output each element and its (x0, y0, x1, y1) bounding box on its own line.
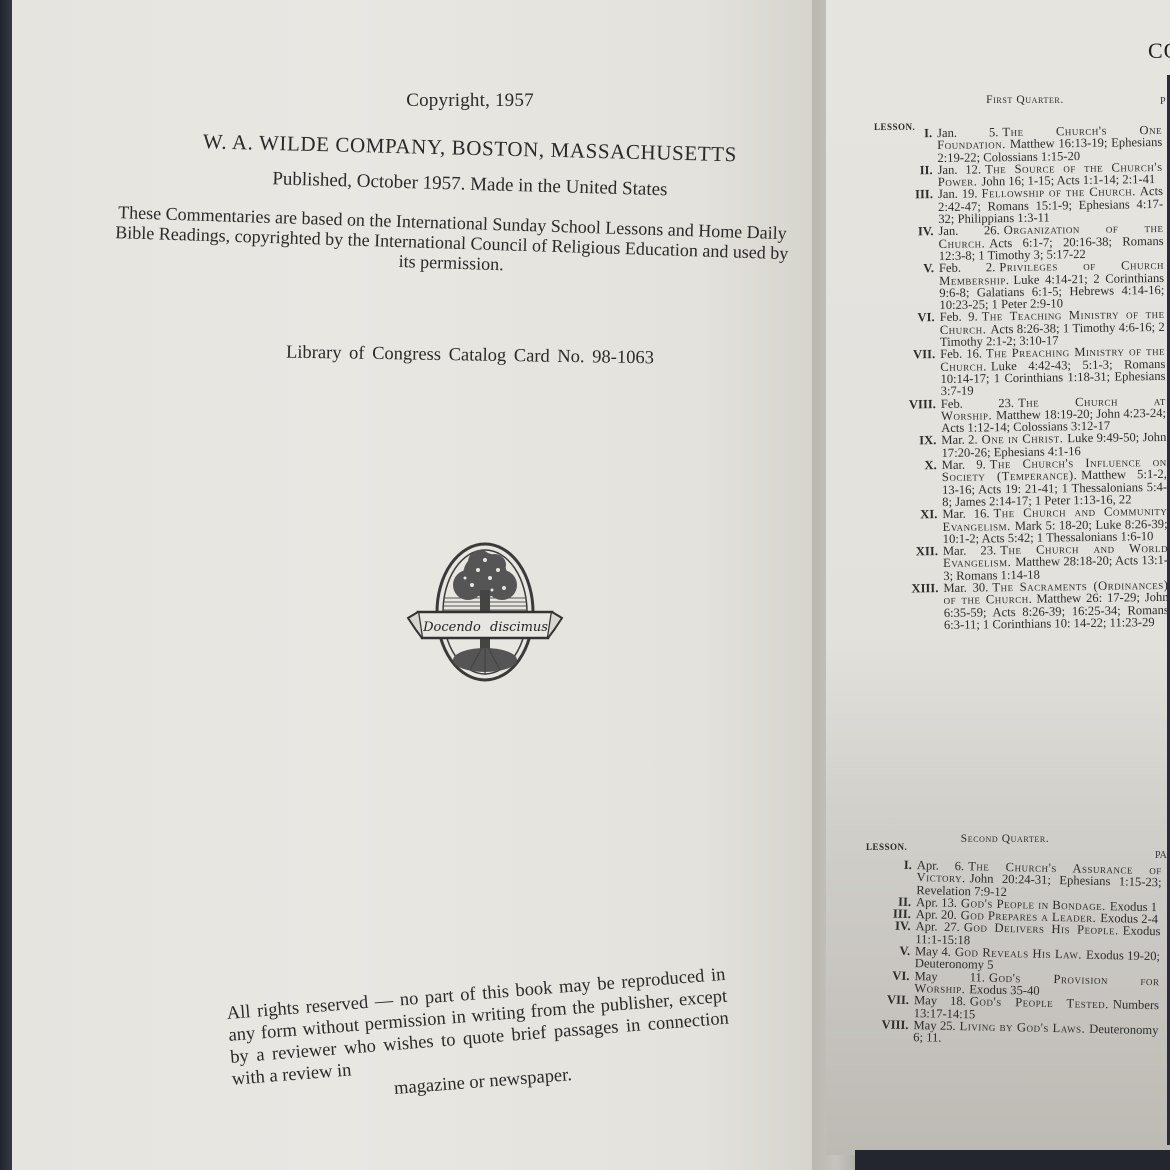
first-quarter-lessons: I.Jan. 5.The Church's One Foundation.Mat… (870, 124, 1169, 632)
second-quarter-lessons: I.Apr. 6.The Church's Assurance of Victo… (858, 858, 1162, 1049)
lesson-entry: V.Feb. 2.Privileges of Church Membership… (872, 259, 1165, 312)
lesson-number: VII. (873, 348, 941, 398)
lesson-title: Living by God's Laws. (959, 1019, 1085, 1036)
book-bottom-shadow (855, 1150, 1170, 1170)
lesson-number: X. (875, 459, 943, 509)
lesson-entry: IV.Jan. 26.Organization of the Church.Ac… (871, 222, 1163, 263)
lesson-number: XII. (876, 545, 944, 583)
lesson-number: VIII. (858, 1018, 914, 1044)
lesson-number: XI. (875, 508, 943, 546)
lesson-column-label: LESSON. (866, 842, 907, 852)
tree-emblem-icon: Docendo discimus (400, 530, 570, 695)
lesson-entry: I.Jan. 5.The Church's One Foundation.Mat… (870, 124, 1162, 165)
lesson-number: VI. (873, 311, 941, 349)
lesson-title: God's People Tested. (970, 995, 1109, 1012)
page-column-label: P (1160, 96, 1166, 107)
lesson-entry: III.Jan. 19.Fellowship of the Church.Act… (871, 185, 1163, 226)
lesson-number: VIII. (874, 398, 942, 436)
lesson-number: V. (872, 262, 940, 312)
lesson-number: I. (870, 127, 938, 165)
svg-text:Docendo: Docendo (422, 620, 481, 635)
lesson-number: III. (871, 189, 939, 227)
lesson-entry: XII.Mar. 23.The Church and World Evangel… (876, 542, 1168, 583)
lesson-number: V. (860, 944, 916, 970)
lesson-number: IX. (874, 434, 941, 460)
contents-heading: CO (1148, 38, 1170, 64)
lesson-number: VII. (859, 993, 915, 1019)
second-quarter-title: Second Quarter. (920, 833, 1090, 845)
copyright-line: Copyright, 1957 (230, 90, 710, 112)
svg-text:discimus: discimus (490, 620, 548, 635)
lesson-entry: VII.Feb. 16.The Preaching Ministry of th… (873, 345, 1166, 398)
lesson-entry: XIII.Mar. 30.The Sacraments (Ordinances)… (876, 579, 1169, 632)
lesson-number: II. (871, 164, 938, 190)
lesson-entry: VIII.Feb. 23.The Church at Worship.Matth… (874, 394, 1166, 435)
lesson-number: IV. (871, 225, 939, 263)
lesson-number: XIII. (876, 582, 944, 632)
lesson-number: VI. (859, 969, 915, 995)
lesson-title: God Delivers His People. (964, 921, 1119, 938)
lesson-entry: X.Mar. 9.The Church's Influence on Socie… (875, 456, 1168, 509)
page-column-label: PA (1155, 850, 1167, 861)
lesson-entry: VI.Feb. 9.The Teaching Ministry of the C… (873, 308, 1165, 349)
first-quarter-title: First Quarter. (940, 94, 1110, 106)
lesson-number: IV. (860, 919, 916, 945)
lesson-entry: XI.Mar. 16.The Church and Community Evan… (875, 505, 1167, 546)
lesson-number: I. (861, 858, 917, 896)
